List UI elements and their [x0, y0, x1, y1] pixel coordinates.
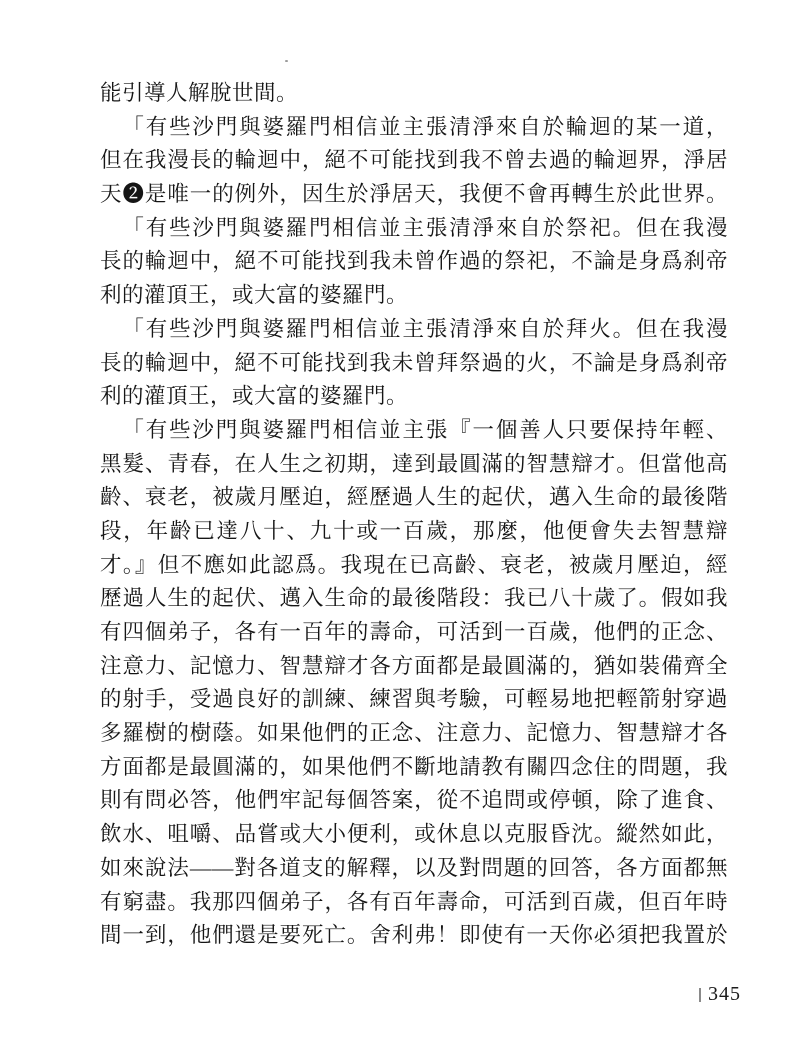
text-line: 方面都是最圓滿的，如果他們不斷地請教有關四念住的問題，我	[100, 751, 728, 785]
scan-artifact-dot	[285, 60, 288, 62]
text-line: 「有些沙門與婆羅門相信並主張清淨來自於拜火。但在我漫	[100, 313, 728, 347]
page-footer: 345	[699, 983, 741, 1006]
text-line: 利的灌頂王，或大富的婆羅門。	[100, 380, 728, 414]
page-number: 345	[708, 983, 741, 1006]
text-line: 間一到，他們還是要死亡。舍利弗！即使有一天你必須把我置於	[100, 919, 728, 953]
text-line: 但在我漫長的輪迴中，絕不可能找到我不曾去過的輪迴界，淨居	[100, 144, 728, 178]
text-line: 「有些沙門與婆羅門相信並主張清淨來自於輪迴的某一道，	[100, 111, 728, 145]
text-line: 多羅樹的樹蔭。如果他們的正念、注意力、記憶力、智慧辯才各	[100, 717, 728, 751]
page-number-divider	[699, 988, 701, 1002]
text-line: 則有問必答，他們牢記每個答案，從不追問或停頓，除了進食、	[100, 784, 728, 818]
text-line: 「有些沙門與婆羅門相信並主張清淨來自於祭祀。但在我漫	[100, 212, 728, 246]
body-text-block: 能引導人解脫世間。 「有些沙門與婆羅門相信並主張清淨來自於輪迴的某一道， 但在我…	[100, 77, 728, 953]
text-line: 黑髮、青春，在人生之初期，達到最圓滿的智慧辯才。但當他高	[100, 448, 728, 482]
text-line: 的射手，受過良好的訓練、練習與考驗，可輕易地把輕箭射穿過	[100, 683, 728, 717]
text-line: 如來說法——對各道支的解釋，以及對問題的回答，各方面都無	[100, 852, 728, 886]
book-page: 能引導人解脫世間。 「有些沙門與婆羅門相信並主張清淨來自於輪迴的某一道， 但在我…	[0, 0, 792, 1056]
text-line: 齡、衰老，被歲月壓迫，經歷過人生的起伏，邁入生命的最後階	[100, 481, 728, 515]
text-line: 飲水、咀嚼、品嘗或大小便利，或休息以克服昏沈。縱然如此，	[100, 818, 728, 852]
text-line: 長的輪迴中，絕不可能找到我未曾作過的祭祀，不論是身爲刹帝	[100, 245, 728, 279]
text-line: 段，年齡已達八十、九十或一百歲，那麼，他便會失去智慧辯	[100, 515, 728, 549]
text-line: 「有些沙門與婆羅門相信並主張『一個善人只要保持年輕、	[100, 414, 728, 448]
text-line: 才。』但不應如此認爲。我現在已高齡、衰老，被歲月壓迫，經	[100, 549, 728, 583]
text-line: 長的輪迴中，絕不可能找到我未曾拜祭過的火，不論是身爲刹帝	[100, 347, 728, 381]
text-line: 有窮盡。我那四個弟子，各有百年壽命，可活到百歲，但百年時	[100, 886, 728, 920]
text-line: 天❷是唯一的例外，因生於淨居天，我便不會再轉生於此世界。	[100, 178, 728, 212]
text-line: 注意力、記憶力、智慧辯才各方面都是最圓滿的，猶如裝備齊全	[100, 650, 728, 684]
text-line: 利的灌頂王，或大富的婆羅門。	[100, 279, 728, 313]
text-line: 有四個弟子，各有一百年的壽命，可活到一百歲，他們的正念、	[100, 616, 728, 650]
text-line: 能引導人解脫世間。	[100, 77, 728, 111]
text-line: 歷過人生的起伏、邁入生命的最後階段：我已八十歲了。假如我	[100, 582, 728, 616]
